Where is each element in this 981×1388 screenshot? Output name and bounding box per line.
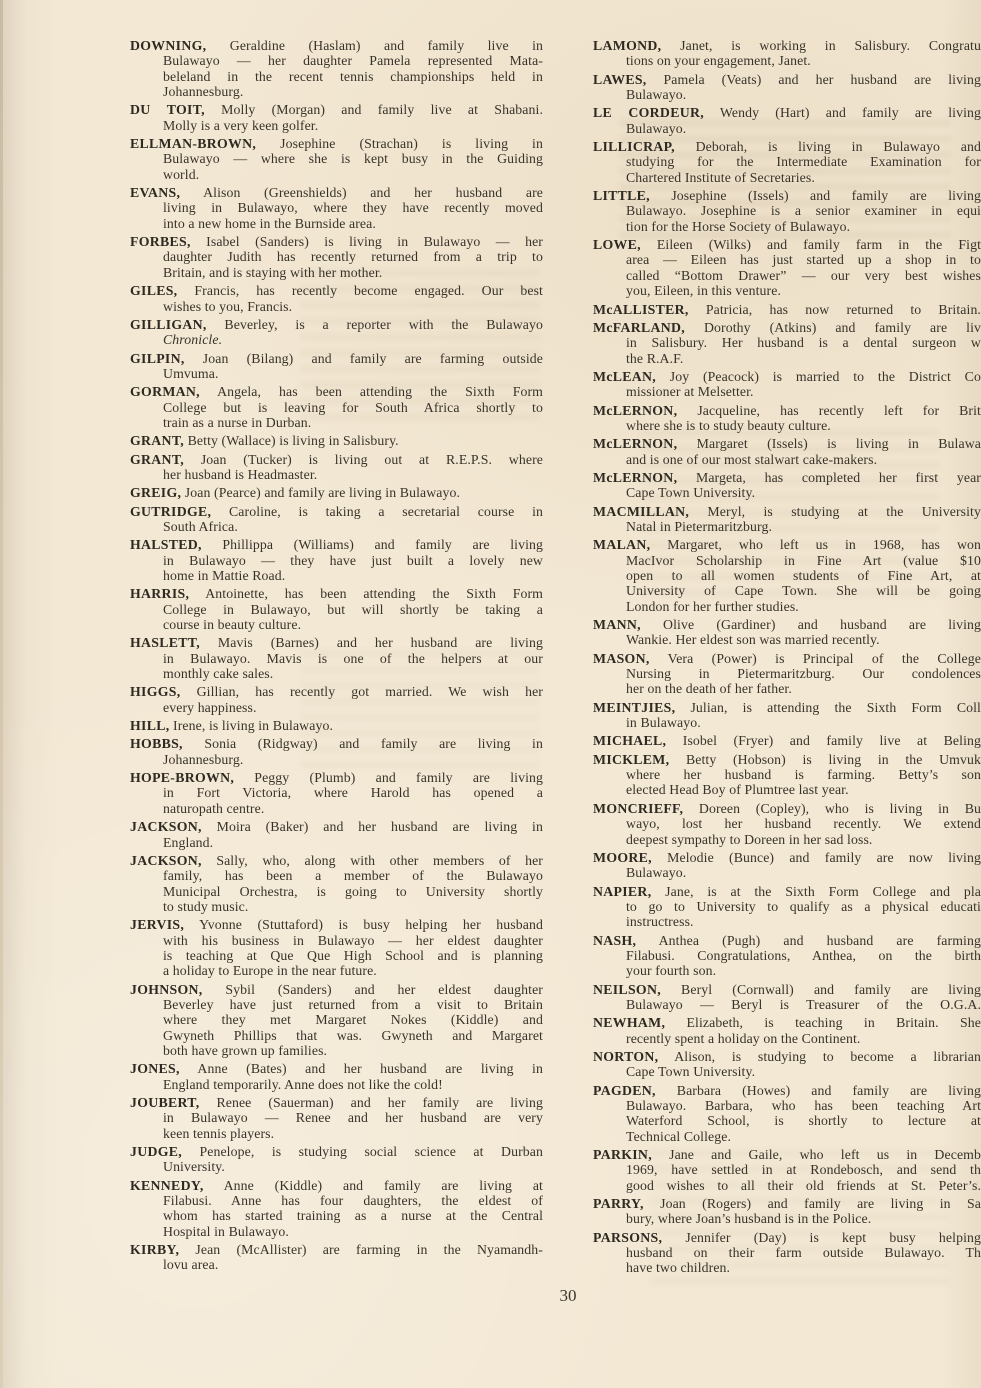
entry-line: elected Head Boy of Plumtree last year. (626, 782, 981, 797)
entry-line: NEWHAM, Elizabeth, is teaching in Britai… (593, 1015, 981, 1030)
entry-surname: GREIG, (130, 485, 181, 500)
directory-entry: MALAN, Margaret, who left us in 1968, ha… (593, 537, 981, 614)
entry-surname: HOBBS, (130, 736, 183, 751)
entry-line: NORTON, Alison, is studying to become a … (593, 1049, 981, 1064)
entry-surname: McALLISTER, (593, 302, 689, 317)
directory-entry: HOBBS, Sonia (Ridgway) and family are li… (130, 736, 543, 767)
entry-line: HASLETT, Mavis (Barnes) and her husband … (130, 635, 543, 650)
directory-entry: NEILSON, Beryl (Cornwall) and family are… (593, 982, 981, 1013)
entry-line: open to all women students of Fine Art, … (626, 568, 981, 583)
entry-surname: LE CORDEUR, (593, 105, 704, 120)
entry-line: in Bulawayo. (626, 715, 981, 730)
entry-line: MALAN, Margaret, who left us in 1968, ha… (593, 537, 981, 552)
entry-line: Hospital in Bulawayo. (163, 1224, 543, 1239)
entry-line: GREIG, Joan (Pearce) and family are livi… (130, 485, 543, 500)
entry-line: Johannesburg. (163, 84, 543, 99)
entry-surname: HALSTED, (130, 537, 202, 552)
directory-entry: GRANT, Joan (Tucker) is living out at R.… (130, 452, 543, 483)
directory-entry: HASLETT, Mavis (Barnes) and her husband … (130, 635, 543, 681)
directory-entry: GILLIGAN, Beverley, is a reporter with t… (130, 317, 543, 348)
entry-line: EVANS, Alison (Greenshields) and her hus… (130, 185, 543, 200)
directory-entry: LILLICRAP, Deborah, is living in Bulaway… (593, 139, 981, 185)
entry-surname: McLEAN, (593, 369, 656, 384)
entry-line: to go to University to qualify as a phys… (626, 899, 981, 914)
entry-line: Bulawayo — Beryl is Treasurer of the O.G… (626, 997, 981, 1012)
entry-line: where her husband is farming. Betty’s so… (626, 767, 981, 782)
entry-line: home in Mattie Road. (163, 568, 543, 583)
directory-entry: FORBES, Isabel (Sanders) is living in Bu… (130, 234, 543, 280)
entry-surname: LILLICRAP, (593, 139, 675, 154)
entry-surname: HASLETT, (130, 635, 200, 650)
entry-line: her husband is Headmaster. (163, 467, 543, 482)
entry-line: naturopath centre. (163, 801, 543, 816)
entry-surname: MONCRIEFF, (593, 801, 683, 816)
entry-surname: MACMILLAN, (593, 504, 689, 519)
entry-line: GILLIGAN, Beverley, is a reporter with t… (130, 317, 543, 332)
entry-line: NAPIER, Jane, is at the Sixth Form Colle… (593, 884, 981, 899)
entry-line: beleland in the recent tennis championsh… (163, 69, 543, 84)
entry-line: every happiness. (163, 700, 543, 715)
entry-surname: McLERNON, (593, 403, 677, 418)
entry-line: to study music. (163, 899, 543, 914)
entry-line: DOWNING, Geraldine (Haslam) and family l… (130, 38, 543, 53)
entry-line: England. (163, 835, 543, 850)
page-gutter-shadow (0, 0, 3, 1388)
entry-surname: NORTON, (593, 1049, 658, 1064)
entry-surname: NAPIER, (593, 884, 651, 899)
entry-line: Bulawayo. (626, 87, 981, 102)
directory-entry: McFARLAND, Dorothy (Atkins) and family a… (593, 320, 981, 366)
entry-line: Umvuma. (163, 366, 543, 381)
entry-surname: HARRIS, (130, 586, 189, 601)
entry-line: Filabusi. Anne has four daughters, the e… (163, 1193, 543, 1208)
directory-entry: NAPIER, Jane, is at the Sixth Form Colle… (593, 884, 981, 930)
entry-line: both have grown up families. (163, 1043, 543, 1058)
directory-entry: EVANS, Alison (Greenshields) and her hus… (130, 185, 543, 231)
entry-line: 1969, have settled in at Rondebosch, and… (626, 1162, 981, 1177)
entry-line: JACKSON, Sally, who, along with other me… (130, 853, 543, 868)
entry-surname: EVANS, (130, 185, 180, 200)
entry-surname: MEINTJIES, (593, 700, 675, 715)
directory-entry: JUDGE, Penelope, is studying social scie… (130, 1144, 543, 1175)
entry-line: GUTRIDGE, Caroline, is taking a secretar… (130, 504, 543, 519)
directory-entry: JOHNSON, Sybil (Sanders) and her eldest … (130, 982, 543, 1059)
entry-surname: HIGGS, (130, 684, 181, 699)
entry-line: Johannesburg. (163, 752, 543, 767)
entry-surname: NEWHAM, (593, 1015, 665, 1030)
entry-line: LOWE, Eileen (Wilks) and family farm in … (593, 237, 981, 252)
entry-line: LAWES, Pamela (Veats) and her husband ar… (593, 72, 981, 87)
entry-line: MONCRIEFF, Doreen (Copley), who is livin… (593, 801, 981, 816)
entry-line: HIGGS, Gillian, has recently got married… (130, 684, 543, 699)
entry-line: Municipal Orchestra, is going to Univers… (163, 884, 543, 899)
entry-surname: FORBES, (130, 234, 191, 249)
entry-line: Wankie. Her eldest son was married recen… (626, 632, 981, 647)
directory-entry: JACKSON, Sally, who, along with other me… (130, 853, 543, 914)
entry-surname: PARSONS, (593, 1230, 662, 1245)
entry-line: whom has started training as a nurse at … (163, 1208, 543, 1223)
entry-surname: MICKLEM, (593, 752, 669, 767)
directory-entry: McLEAN, Joy (Peacock) is married to the … (593, 369, 981, 400)
directory-entry: PARSONS, Jennifer (Day) is kept busy hel… (593, 1230, 981, 1276)
entry-line: PARSONS, Jennifer (Day) is kept busy hel… (593, 1230, 981, 1245)
entry-line: is teaching at Que Que High School and i… (163, 948, 543, 963)
entry-line: your fourth son. (626, 963, 981, 978)
directory-entry: DU TOIT, Molly (Morgan) and family live … (130, 102, 543, 133)
directory-entry: HIGGS, Gillian, has recently got married… (130, 684, 543, 715)
entry-line: GILPIN, Joan (Bilang) and family are far… (130, 351, 543, 366)
entry-line: London for her further studies. (626, 599, 981, 614)
entry-line: in Bulawayo. Mavis is one of the helpers… (163, 651, 543, 666)
directory-entry: GUTRIDGE, Caroline, is taking a secretar… (130, 504, 543, 535)
entry-line: MASON, Vera (Power) is Principal of the … (593, 651, 981, 666)
entry-surname: PAGDEN, (593, 1083, 656, 1098)
directory-entry: ELLMAN-BROWN, Josephine (Strachan) is li… (130, 136, 543, 182)
entry-line: JOUBERT, Renee (Sauerman) and her family… (130, 1095, 543, 1110)
entry-line: Bulawayo. Barbara, who has been teaching… (626, 1098, 981, 1113)
entry-surname: KIRBY, (130, 1242, 179, 1257)
directory-entry: JONES, Anne (Bates) and her husband are … (130, 1061, 543, 1092)
entry-line: GORMAN, Angela, has been attending the S… (130, 384, 543, 399)
entry-line: South Africa. (163, 519, 543, 534)
entry-line: family, has been a member of the Bulaway… (163, 868, 543, 883)
directory-entry: LAWES, Pamela (Veats) and her husband ar… (593, 72, 981, 103)
directory-entry: MOORE, Melodie (Bunce) and family are no… (593, 850, 981, 881)
directory-entry: McLERNON, Jacqueline, has recently left … (593, 403, 981, 434)
entry-line: HARRIS, Antoinette, has been attending t… (130, 586, 543, 601)
directory-entry: LAMOND, Janet, is working in Salisbury. … (593, 38, 981, 69)
directory-entry: JACKSON, Moira (Baker) and her husband a… (130, 819, 543, 850)
entry-surname: NASH, (593, 933, 636, 948)
entry-line: lovu area. (163, 1257, 543, 1272)
entry-line: in Fort Victoria, where Harold has opene… (163, 785, 543, 800)
entry-line: good wishes to all their old friends at … (626, 1178, 981, 1193)
entry-line: Beverley have just returned from a visit… (163, 997, 543, 1012)
entry-line: recently spent a holiday on the Continen… (626, 1031, 981, 1046)
directory-entry: HILL, Irene, is living in Bulawayo. (130, 718, 543, 733)
entry-line: Bulawayo. (626, 121, 981, 136)
entry-surname: GILPIN, (130, 351, 185, 366)
entry-line: wishes to you, Francis. (163, 299, 543, 314)
entry-surname: HOPE-BROWN, (130, 770, 234, 785)
directory-entry: MASON, Vera (Power) is Principal of the … (593, 651, 981, 697)
entry-surname: MALAN, (593, 537, 650, 552)
entry-line: tion for the Horse Society of Bulawayo. (626, 219, 981, 234)
entry-line: MacIvor Scholarship in Fine Art (value $… (626, 553, 981, 568)
entry-line: Gwyneth Phillips that was. Gwyneth and M… (163, 1028, 543, 1043)
directory-entry: MANN, Olive (Gardiner) and husband are l… (593, 617, 981, 648)
entry-line: JOHNSON, Sybil (Sanders) and her eldest … (130, 982, 543, 997)
entry-line: with his business in Bulawayo — her elde… (163, 933, 543, 948)
entry-line: wayo, lost her husband recently. We exte… (626, 816, 981, 831)
entry-line: monthly cake sales. (163, 666, 543, 681)
entry-surname: LITTLE, (593, 188, 650, 203)
entry-line: missioner at Melsetter. (626, 384, 981, 399)
left-column: DOWNING, Geraldine (Haslam) and family l… (130, 38, 543, 1276)
entry-line: deepest sympathy to Doreen in her sad lo… (626, 832, 981, 847)
entry-line: husband on their farm outside Bulawayo. … (626, 1245, 981, 1260)
entry-surname: GILLIGAN, (130, 317, 207, 332)
entry-surname: JACKSON, (130, 853, 202, 868)
entry-line: McLERNON, Margaret (Issels) is living in… (593, 436, 981, 451)
directory-entry: McLERNON, Margaret (Issels) is living in… (593, 436, 981, 467)
entry-line: HOBBS, Sonia (Ridgway) and family are li… (130, 736, 543, 751)
directory-entry: NASH, Anthea (Pugh) and husband are farm… (593, 933, 981, 979)
entry-line: studying for the Intermediate Examinatio… (626, 154, 981, 169)
entry-line: University. (163, 1159, 543, 1174)
entry-line: MICHAEL, Isobel (Fryer) and family live … (593, 733, 981, 748)
entry-line: daughter Judith has recently returned fr… (163, 249, 543, 264)
entry-line: bury, where Joan’s husband is in the Pol… (626, 1211, 981, 1226)
entry-line: area — Eileen has just started up a shop… (626, 252, 981, 267)
entry-line: into a new home in the Burnside area. (163, 216, 543, 231)
entry-line: a holiday to Europe in the near future. (163, 963, 543, 978)
directory-entry: PARKIN, Jane and Gaile, who left us in D… (593, 1147, 981, 1193)
entry-line: Nursing in Pietermaritzburg. Our condole… (626, 666, 981, 681)
entry-line: Bulawayo — her daughter Pamela represent… (163, 53, 543, 68)
entry-line: Waterford School, is shortly to lecture … (626, 1113, 981, 1128)
entry-line: NEILSON, Beryl (Cornwall) and family are… (593, 982, 981, 997)
entry-line: and is one of our most stalwart cake-mak… (626, 452, 981, 467)
entry-line: LILLICRAP, Deborah, is living in Bulaway… (593, 139, 981, 154)
entry-surname: JONES, (130, 1061, 180, 1076)
directory-entry: GILES, Francis, has recently become enga… (130, 283, 543, 314)
directory-entry: PARRY, Joan (Rogers) and family are livi… (593, 1196, 981, 1227)
entry-line: LITTLE, Josephine (Issels) and family ar… (593, 188, 981, 203)
entry-surname: GRANT, (130, 433, 184, 448)
page-number: 30 (548, 1286, 588, 1306)
entry-line: Bulawayo — where she is kept busy in the… (163, 151, 543, 166)
entry-surname: McLERNON, (593, 470, 677, 485)
entry-surname: MICHAEL, (593, 733, 666, 748)
entry-line: Chronicle. (163, 332, 543, 347)
entry-surname: MANN, (593, 617, 641, 632)
entry-line: JUDGE, Penelope, is studying social scie… (130, 1144, 543, 1159)
entry-surname: JACKSON, (130, 819, 202, 834)
entry-line: world. (163, 167, 543, 182)
directory-entry: MACMILLAN, Meryl, is studying at the Uni… (593, 504, 981, 535)
directory-entry: HALSTED, Phillippa (Williams) and family… (130, 537, 543, 583)
entry-line: where she is to study beauty culture. (626, 418, 981, 433)
entry-surname: PARKIN, (593, 1147, 652, 1162)
entry-line: in Salisbury. Her husband is a dental su… (626, 335, 981, 350)
entry-line: GILES, Francis, has recently become enga… (130, 283, 543, 298)
entry-line: MICKLEM, Betty (Hobson) is living in the… (593, 752, 981, 767)
entry-line: Cape Town University. (626, 485, 981, 500)
entry-surname: LAWES, (593, 72, 647, 87)
entry-line: HOPE-BROWN, Peggy (Plumb) and family are… (130, 770, 543, 785)
entry-line: train as a nurse in Durban. (163, 415, 543, 430)
directory-entry: GRANT, Betty (Wallace) is living in Sali… (130, 433, 543, 448)
entry-line: MACMILLAN, Meryl, is studying at the Uni… (593, 504, 981, 519)
entry-surname: NEILSON, (593, 982, 661, 997)
entry-line: course in beauty culture. (163, 617, 543, 632)
directory-entry: GREIG, Joan (Pearce) and family are livi… (130, 485, 543, 500)
entry-line: HILL, Irene, is living in Bulawayo. (130, 718, 543, 733)
entry-line: in Bulawayo — they have just built a lov… (163, 553, 543, 568)
directory-entry: McALLISTER, Patricia, has now returned t… (593, 302, 981, 317)
entry-line: Technical College. (626, 1129, 981, 1144)
entry-line: PARKIN, Jane and Gaile, who left us in D… (593, 1147, 981, 1162)
entry-surname: DOWNING, (130, 38, 206, 53)
entry-line: her on the death of her father. (626, 681, 981, 696)
entry-surname: MOORE, (593, 850, 652, 865)
entry-line: living in Bulawayo, where they have rece… (163, 200, 543, 215)
entry-surname: JOUBERT, (130, 1095, 200, 1110)
entry-line: NASH, Anthea (Pugh) and husband are farm… (593, 933, 981, 948)
entry-surname: DU TOIT, (130, 102, 205, 117)
entry-line: Bulawayo. Josephine is a senior examiner… (626, 203, 981, 218)
entry-line: McALLISTER, Patricia, has now returned t… (593, 302, 981, 317)
entry-line: PAGDEN, Barbara (Howes) and family are l… (593, 1083, 981, 1098)
entry-surname: GUTRIDGE, (130, 504, 211, 519)
entry-surname: GRANT, (130, 452, 184, 467)
entry-line: McLERNON, Jacqueline, has recently left … (593, 403, 981, 418)
entry-line: College in Bulawayo, but will shortly be… (163, 602, 543, 617)
entry-line: Filabusi. Congratulations, Anthea, on th… (626, 948, 981, 963)
entry-line: Cape Town University. (626, 1064, 981, 1079)
directory-entry: DOWNING, Geraldine (Haslam) and family l… (130, 38, 543, 99)
entry-line: JACKSON, Moira (Baker) and her husband a… (130, 819, 543, 834)
entry-surname: PARRY, (593, 1196, 644, 1211)
entry-surname: MASON, (593, 651, 650, 666)
entry-line: have two children. (626, 1260, 981, 1275)
entry-surname: LOWE, (593, 237, 641, 252)
entry-line: DU TOIT, Molly (Morgan) and family live … (130, 102, 543, 117)
directory-entry: LOWE, Eileen (Wilks) and family farm in … (593, 237, 981, 298)
directory-entry: JOUBERT, Renee (Sauerman) and her family… (130, 1095, 543, 1141)
entry-line: where they met Margaret Nokes (Kiddle) a… (163, 1012, 543, 1027)
entry-line: in Bulawayo — Renee and her husband are … (163, 1110, 543, 1125)
directory-entry: JERVIS, Yvonne (Stuttaford) is busy help… (130, 917, 543, 978)
entry-line: instructress. (626, 914, 981, 929)
entry-line: Britain, and is staying with her mother. (163, 265, 543, 280)
entry-line: HALSTED, Phillippa (Williams) and family… (130, 537, 543, 552)
directory-entry: NEWHAM, Elizabeth, is teaching in Britai… (593, 1015, 981, 1046)
directory-entry: LE CORDEUR, Wendy (Hart) and family are … (593, 105, 981, 136)
directory-entry: MEINTJIES, Julian, is attending the Sixt… (593, 700, 981, 731)
entry-line: MEINTJIES, Julian, is attending the Sixt… (593, 700, 981, 715)
entry-surname: ELLMAN-BROWN, (130, 136, 256, 151)
entry-line: GRANT, Betty (Wallace) is living in Sali… (130, 433, 543, 448)
entry-line: Molly is a very keen golfer. (163, 118, 543, 133)
entry-line: JONES, Anne (Bates) and her husband are … (130, 1061, 543, 1076)
entry-surname: GORMAN, (130, 384, 200, 399)
entry-line: tions on your engagement, Janet. (626, 53, 981, 68)
entry-line: MANN, Olive (Gardiner) and husband are l… (593, 617, 981, 632)
entry-line: GRANT, Joan (Tucker) is living out at R.… (130, 452, 543, 467)
entry-line: KIRBY, Jean (McAllister) are farming in … (130, 1242, 543, 1257)
directory-entry: MICHAEL, Isobel (Fryer) and family live … (593, 733, 981, 748)
entry-line: PARRY, Joan (Rogers) and family are livi… (593, 1196, 981, 1211)
directory-entry: PAGDEN, Barbara (Howes) and family are l… (593, 1083, 981, 1144)
entry-surname: McFARLAND, (593, 320, 685, 335)
directory-entry: GORMAN, Angela, has been attending the S… (130, 384, 543, 430)
entry-line: ELLMAN-BROWN, Josephine (Strachan) is li… (130, 136, 543, 151)
entry-line: Bulawayo. (626, 865, 981, 880)
entry-line: JERVIS, Yvonne (Stuttaford) is busy help… (130, 917, 543, 932)
entry-line: the R.A.F. (626, 351, 981, 366)
entry-surname: KENNEDY, (130, 1178, 204, 1193)
entry-line: LAMOND, Janet, is working in Salisbury. … (593, 38, 981, 53)
entry-line: McFARLAND, Dorothy (Atkins) and family a… (593, 320, 981, 335)
directory-entry: LITTLE, Josephine (Issels) and family ar… (593, 188, 981, 234)
entry-surname: JUDGE, (130, 1144, 182, 1159)
directory-entry: HARRIS, Antoinette, has been attending t… (130, 586, 543, 632)
entry-surname: HILL, (130, 718, 169, 733)
directory-entry: NORTON, Alison, is studying to become a … (593, 1049, 981, 1080)
entry-line: keen tennis players. (163, 1126, 543, 1141)
entry-line: McLERNON, Margeta, has completed her fir… (593, 470, 981, 485)
entry-line: LE CORDEUR, Wendy (Hart) and family are … (593, 105, 981, 120)
directory-entry: HOPE-BROWN, Peggy (Plumb) and family are… (130, 770, 543, 816)
entry-line: called “Bottom Drawer” — our very best w… (626, 268, 981, 283)
entry-line: College but is leaving for South Africa … (163, 400, 543, 415)
entry-surname: McLERNON, (593, 436, 677, 451)
entry-line: England temporarily. Anne does not like … (163, 1077, 543, 1092)
entry-line: McLEAN, Joy (Peacock) is married to the … (593, 369, 981, 384)
entry-line: FORBES, Isabel (Sanders) is living in Bu… (130, 234, 543, 249)
directory-entry: MICKLEM, Betty (Hobson) is living in the… (593, 752, 981, 798)
entry-line: University of Cape Town. She will be goi… (626, 583, 981, 598)
entry-surname: GILES, (130, 283, 177, 298)
directory-entry: MONCRIEFF, Doreen (Copley), who is livin… (593, 801, 981, 847)
scanned-directory-page: DOWNING, Geraldine (Haslam) and family l… (0, 0, 981, 1388)
directory-entry: GILPIN, Joan (Bilang) and family are far… (130, 351, 543, 382)
entry-line: Natal in Pietermaritzburg. (626, 519, 981, 534)
directory-entry: McLERNON, Margeta, has completed her fir… (593, 470, 981, 501)
entry-line: you, Eileen, in this venture. (626, 283, 981, 298)
right-column: LAMOND, Janet, is working in Salisbury. … (593, 38, 981, 1279)
directory-entry: KIRBY, Jean (McAllister) are farming in … (130, 1242, 543, 1273)
entry-line: Chartered Institute of Secretaries. (626, 170, 981, 185)
entry-line: MOORE, Melodie (Bunce) and family are no… (593, 850, 981, 865)
entry-line: KENNEDY, Anne (Kiddle) and family are li… (130, 1178, 543, 1193)
directory-entry: KENNEDY, Anne (Kiddle) and family are li… (130, 1178, 543, 1239)
entry-surname: JERVIS, (130, 917, 184, 932)
entry-surname: JOHNSON, (130, 982, 203, 997)
entry-surname: LAMOND, (593, 38, 661, 53)
